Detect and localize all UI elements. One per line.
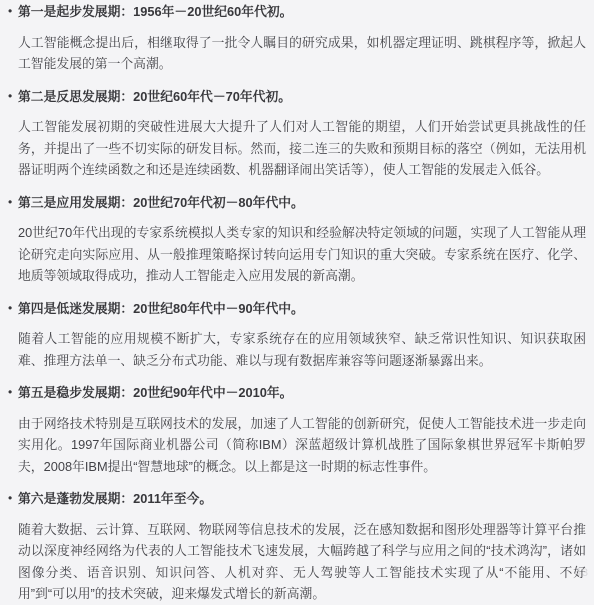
section-paragraph: 20世纪70年代出现的专家系统模拟人类专家的知识和经验解决特定领域的问题，实现了… [18, 222, 586, 287]
bullet-icon: • [8, 382, 18, 404]
bullet-icon: • [8, 298, 18, 320]
bullet-icon: • [8, 1, 18, 23]
section-heading-row: • 第三是应用发展期：20世纪70年代初－80年代中。 [8, 192, 586, 214]
section-heading-row: • 第六是蓬勃发展期：2011年至今。 [8, 488, 586, 510]
section-paragraph: 随着人工智能的应用规模不断扩大，专家系统存在的应用领域狭窄、缺乏常识性知识、知识… [18, 328, 586, 371]
section-heading: 第二是反思发展期：20世纪60年代－70年代初。 [18, 86, 586, 108]
list-item: • 第六是蓬勃发展期：2011年至今。 随着大数据、云计算、互联网、物联网等信息… [8, 488, 586, 605]
section-paragraph: 人工智能发展初期的突破性进展大大提升了人们对人工智能的期望，人们开始尝试更具挑战… [18, 116, 586, 181]
section-heading-row: • 第五是稳步发展期：20世纪90年代中－2010年。 [8, 382, 586, 404]
list-item: • 第一是起步发展期：1956年－20世纪60年代初。 人工智能概念提出后，相继… [8, 1, 586, 75]
bullet-icon: • [8, 488, 18, 510]
list-item: • 第五是稳步发展期：20世纪90年代中－2010年。 由于网络技术特别是互联网… [8, 382, 586, 477]
bullet-icon: • [8, 192, 18, 214]
section-heading-row: • 第二是反思发展期：20世纪60年代－70年代初。 [8, 86, 586, 108]
watermark: 43 [575, 567, 589, 579]
section-paragraph: 随着大数据、云计算、互联网、物联网等信息技术的发展，泛在感知数据和图形处理器等计… [18, 519, 586, 605]
section-heading-row: • 第四是低迷发展期：20世纪80年代中－90年代中。 [8, 298, 586, 320]
list-item: • 第三是应用发展期：20世纪70年代初－80年代中。 20世纪70年代出现的专… [8, 192, 586, 287]
section-paragraph: 由于网络技术特别是互联网技术的发展，加速了人工智能的创新研究，促使人工智能技术进… [18, 413, 586, 478]
list-item: • 第四是低迷发展期：20世纪80年代中－90年代中。 随着人工智能的应用规模不… [8, 298, 586, 372]
section-heading: 第四是低迷发展期：20世纪80年代中－90年代中。 [18, 298, 586, 320]
section-heading-row: • 第一是起步发展期：1956年－20世纪60年代初。 [8, 1, 586, 23]
section-heading: 第三是应用发展期：20世纪70年代初－80年代中。 [18, 192, 586, 214]
bullet-icon: • [8, 86, 18, 108]
section-heading: 第一是起步发展期：1956年－20世纪60年代初。 [18, 1, 586, 23]
section-paragraph: 人工智能概念提出后，相继取得了一批令人瞩目的研究成果，如机器定理证明、跳棋程序等… [18, 32, 586, 75]
ai-development-phases-document: • 第一是起步发展期：1956年－20世纪60年代初。 人工智能概念提出后，相继… [0, 0, 594, 605]
section-heading: 第六是蓬勃发展期：2011年至今。 [18, 488, 586, 510]
section-heading: 第五是稳步发展期：20世纪90年代中－2010年。 [18, 382, 586, 404]
list-item: • 第二是反思发展期：20世纪60年代－70年代初。 人工智能发展初期的突破性进… [8, 86, 586, 181]
